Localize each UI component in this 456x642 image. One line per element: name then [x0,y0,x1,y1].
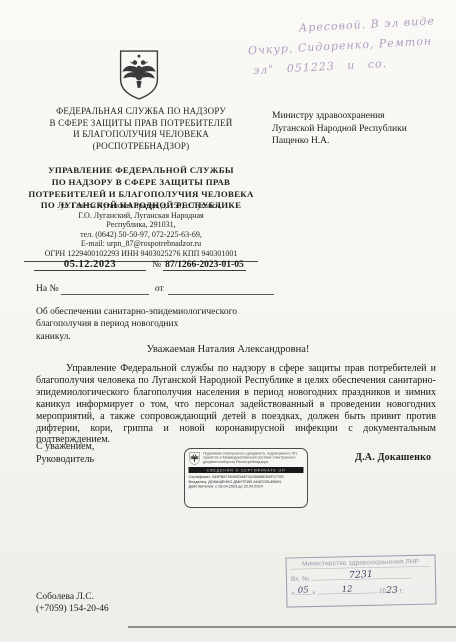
address-line: E-mail: urpn_87@rospotrebnadzor.ru [18,239,264,249]
reply-reference-row: На № от [36,284,274,295]
body-paragraph: Управление Федеральной службы по надзору… [36,363,436,446]
agency-line: В СФЕРЕ ЗАЩИТЫ ПРАВ ПОТРЕБИТЕЛЕЙ [18,118,264,130]
handwritten-year: 23 [386,585,398,596]
stamp-coat-of-arms-icon [189,452,201,466]
agency-line: (РОСПОТРЕБНАДЗОР) [18,141,264,153]
signer-title: Руководитель [36,453,94,466]
address-block: ул. Газеты Луганская правда, д. 159, г. … [18,201,264,262]
russian-coat-of-arms-icon [116,48,162,102]
address-line: тел. (0642) 50-50-97, 072-225-63-69, [18,230,264,240]
reply-ot-label: от [155,284,164,294]
reference-row: 05.12.2023№87/1266-2023-01-05 [34,259,264,271]
incoming-number-blank: 7231 [311,570,411,581]
scan-edge-line [128,626,456,628]
recipient-block: Министру здравоохранения Луганской Народ… [272,110,450,148]
agency-line: ФЕДЕРАЛЬНАЯ СЛУЖБА ПО НАДЗОРУ [18,106,264,118]
close-quote: » [312,588,316,596]
subject-line: благополучия в период новогодних [36,318,276,330]
handwritten-month: 12 [317,583,377,596]
scanned-letter-page: Аресовой. В эл виде Очкур, Сидоренко, Ре… [0,0,456,642]
reply-na-label: На № [36,284,59,294]
closing-block: С уважением, Руководитель [36,440,94,466]
agency-name: ФЕДЕРАЛЬНАЯ СЛУЖБА ПО НАДЗОРУ В СФЕРЕ ЗА… [18,106,264,152]
department-line: ПО НАДЗОРУ В СФЕРЕ ЗАЩИТЫ ПРАВ [18,177,264,189]
recipient-line: Пащенко Н.А. [272,135,450,148]
year-suffix: г. [399,587,403,595]
incoming-number-label: Вх. № [291,575,309,583]
handwritten-day: 05 [295,585,313,596]
esign-certificate-bar: СВЕДЕНИЯ О СЕРТИФИКАТЕ ЭП [189,467,304,473]
handwritten-resolution-note: Аресовой. В эл виде Очкур, Сидоренко, Ре… [247,11,450,81]
letterhead: ФЕДЕРАЛЬНАЯ СЛУЖБА ПО НАДЗОРУ В СФЕРЕ ЗА… [18,106,264,212]
subject-line: Об обеспечении санитарно-эпидемиологичес… [36,306,276,318]
department-line: УПРАВЛЕНИЕ ФЕДЕРАЛЬНОЙ СЛУЖБЫ [18,165,264,177]
address-line: ул. Газеты Луганская правда, д. 159, г. … [18,201,264,211]
department-line: ПОТРЕБИТЕЛЕЙ И БЛАГОПОЛУЧИЯ ЧЕЛОВЕКА [18,189,264,201]
signer-name: Д.А. Докашенко [355,452,431,463]
letter-date: 05.12.2023 [34,259,146,271]
closing-line: С уважением, [36,440,94,453]
esign-valid-line: Действителен: с 28.04.2023 до 22.04.2024 [189,484,304,489]
electronic-signature-stamp: Подлинник электронного документа, подпис… [184,448,308,508]
reply-number-blank [61,284,149,295]
month-blank: 12 [317,585,377,595]
address-line: Республика, 291031, [18,220,264,230]
letter-number: 87/1266-2023-01-05 [163,260,246,271]
salutation: Уважаемая Наталия Александровна! [0,344,456,355]
number-sign-label: № [152,260,161,270]
esign-header-text: Подлинник электронного документа, подпис… [203,452,304,465]
incoming-registration-stamp: Министерство здравоохранения ЛНР Вх. № 7… [285,554,436,607]
executor-phone: (+7059) 154-20-46 [36,603,109,615]
subject-block: Об обеспечении санитарно-эпидемиологичес… [36,306,276,343]
executor-block: Соболева Л.С. (+7059) 154-20-46 [36,591,109,615]
reply-date-blank [168,284,274,295]
recipient-line: Министру здравоохранения [272,110,450,123]
recipient-line: Луганской Народной Республики [272,123,450,136]
address-line: Г.О. Луганский, Луганская Народная [18,211,264,221]
agency-line: И БЛАГОПОЛУЧИЯ ЧЕЛОВЕКА [18,129,264,141]
day-blank: 05 [295,586,312,595]
subject-line: каникул. [36,331,276,343]
executor-name: Соболева Л.С. [36,591,109,603]
